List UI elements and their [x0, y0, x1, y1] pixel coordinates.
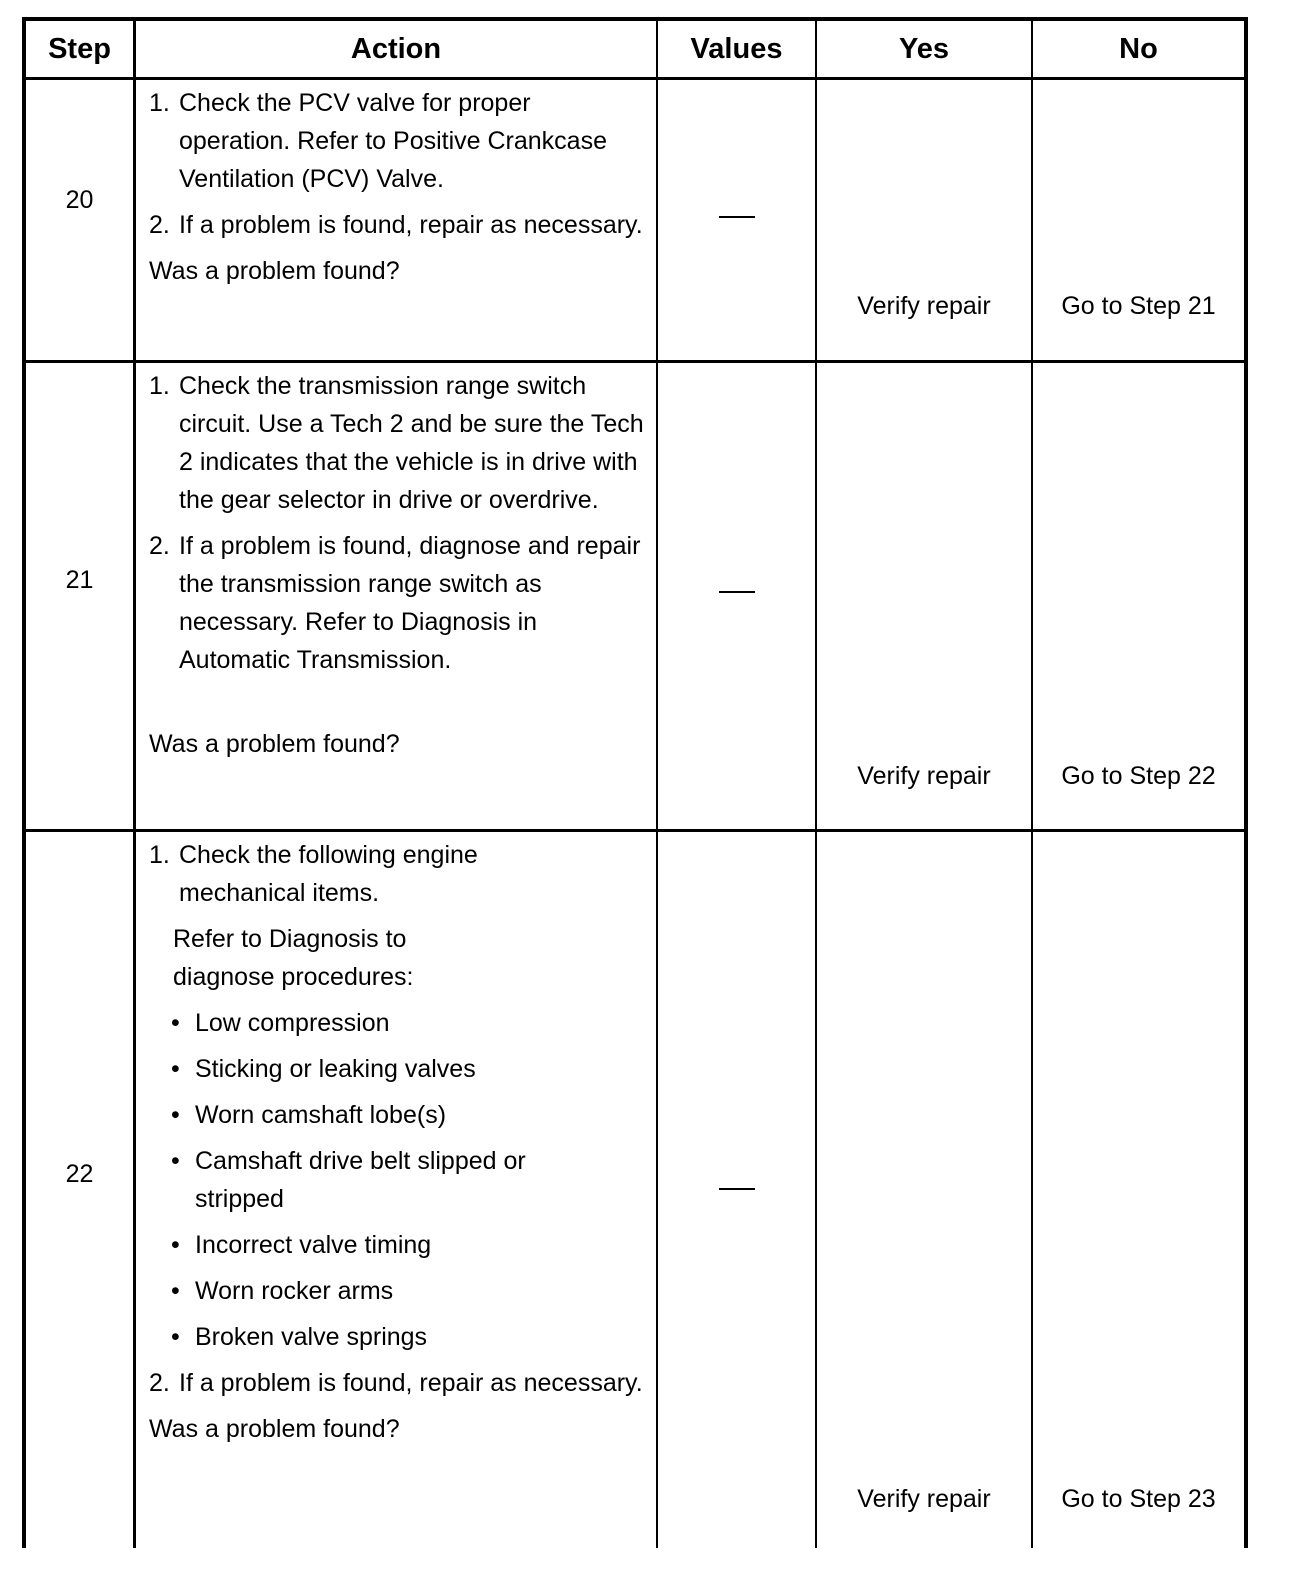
bullet-item: •Sticking or leaking valves — [149, 1050, 648, 1088]
bullet-item: •Worn rocker arms — [149, 1272, 648, 1310]
bullet-item: •Low compression — [149, 1004, 648, 1042]
action-item: 2.If a problem is found, repair as neces… — [149, 1364, 648, 1402]
table-header: Step Action Values Yes No — [22, 17, 1248, 80]
bullet-item: •Camshaft drive belt slipped or stripped — [149, 1142, 648, 1218]
action-text: 1.Check the transmission range switch ci… — [149, 367, 648, 763]
bullet-item: •Broken valve springs — [149, 1318, 648, 1356]
header-values: Values — [656, 21, 815, 77]
diagnostic-table: Step Action Values Yes No 20 1.Check the… — [22, 17, 1248, 1548]
bullet-item: •Incorrect valve timing — [149, 1226, 648, 1264]
table-row: 22 1.Check the following engine mechanic… — [22, 832, 1248, 1548]
header-action: Action — [133, 21, 656, 77]
question: Was a problem found? — [149, 725, 648, 763]
question: Was a problem found? — [149, 252, 648, 290]
no-result: Go to Step 22 — [1033, 762, 1244, 791]
step-number: 21 — [26, 566, 133, 595]
action-item: 2.If a problem is found, diagnose and re… — [149, 527, 648, 679]
values-dash — [719, 591, 755, 593]
action-text: 1.Check the PCV valve for proper operati… — [149, 84, 648, 290]
table-row: 21 1.Check the transmission range switch… — [22, 363, 1248, 832]
bullet-icon: • — [171, 1142, 180, 1180]
header-yes: Yes — [815, 21, 1031, 77]
action-item: 1.Check the transmission range switch ci… — [149, 367, 648, 519]
action-item: 1.Check the PCV valve for proper operati… — [149, 84, 648, 198]
action-item: 2.If a problem is found, repair as neces… — [149, 206, 648, 244]
values-dash — [719, 216, 755, 218]
bullet-icon: • — [171, 1318, 180, 1356]
action-text: 1.Check the following engine mechanical … — [149, 836, 648, 1448]
bullet-item: •Worn camshaft lobe(s) — [149, 1096, 648, 1134]
step-number: 22 — [26, 1160, 133, 1189]
yes-result: Verify repair — [817, 1485, 1031, 1514]
bullet-icon: • — [171, 1050, 180, 1088]
yes-result: Verify repair — [817, 292, 1031, 321]
table-row: 20 1.Check the PCV valve for proper oper… — [22, 80, 1248, 363]
step-number: 20 — [26, 186, 133, 215]
bullet-icon: • — [171, 1096, 180, 1134]
yes-result: Verify repair — [817, 762, 1031, 791]
header-no: No — [1031, 21, 1248, 77]
bullet-list: •Low compression•Sticking or leaking val… — [149, 1004, 648, 1356]
question: Was a problem found? — [149, 1410, 648, 1448]
no-result: Go to Step 21 — [1033, 292, 1244, 321]
header-step: Step — [22, 21, 133, 77]
values-dash — [719, 1188, 755, 1190]
no-result: Go to Step 23 — [1033, 1485, 1244, 1514]
action-item: 1.Check the following engine mechanical … — [149, 836, 648, 912]
bullet-icon: • — [171, 1004, 180, 1042]
bullet-icon: • — [171, 1226, 180, 1264]
bullet-icon: • — [171, 1272, 180, 1310]
sub-text: Refer to Diagnosis to diagnose procedure… — [149, 920, 443, 996]
